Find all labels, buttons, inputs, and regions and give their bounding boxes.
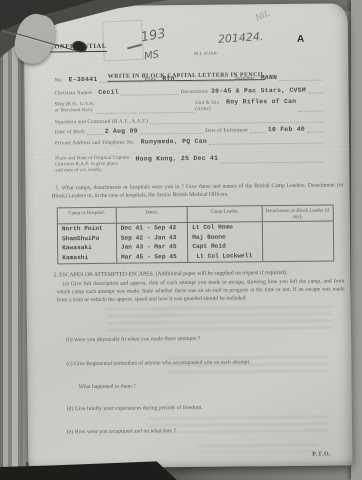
form-page: CONFIDENTIAL 193 MS NIL M.I. 9/JAP/ 2014…: [24, 3, 353, 468]
ref-label-text: M.I. 9/JAP/: [194, 51, 218, 56]
surname-label: Surname: [235, 75, 255, 81]
faint-stamp-outline: [102, 20, 144, 62]
camps-header-camp: Camp or Hospital.: [58, 208, 116, 225]
camps-filler: [188, 260, 262, 262]
no-value: E-30441: [69, 76, 98, 83]
rank-label: Rank: [145, 76, 157, 82]
pencil-initials: MS: [143, 49, 159, 62]
pto-note: P.T.O.: [312, 452, 331, 458]
ship-label: Ship (R.N., U.S.N. or Merchant Navy: [55, 102, 95, 114]
ink-bleed-through: [107, 305, 332, 333]
date-of-birth-value: 2 Aug 09: [105, 128, 138, 135]
decorations-label: Decorations: [181, 89, 208, 95]
field-row-squadron: Squadron and Command (R.A.F., A.A.F.): [55, 117, 325, 126]
ink-bleed-through: [198, 444, 318, 453]
address-value: Runymede, PQ Can: [141, 138, 207, 146]
field-row-address: Private Address and Telephone No. Runyme…: [55, 137, 325, 147]
unit-value: Roy Rifles of Can: [226, 98, 296, 106]
reference-label: M.I. 9/JAP/: [194, 42, 218, 60]
pencil-nil-note: NIL: [254, 9, 271, 24]
field-row-number-rank-surname: No. E-30441 Rank Rfn Surname MANN: [54, 74, 324, 84]
date-of-birth-label: Date of Birth: [55, 129, 85, 135]
pencil-ref-number: 201424.: [218, 30, 264, 46]
camps-header-leader: Camp Leader.: [187, 206, 261, 223]
capture-value: Hong Kong, 25 Dec 41: [135, 155, 218, 163]
ink-bleed-through: [167, 356, 327, 378]
address-label: Private Address and Telephone No.: [55, 140, 135, 147]
capture-label: Place and Date of Original Capture (Airc…: [55, 156, 130, 175]
grade-letter: A: [297, 34, 304, 45]
christian-names-label: Christian Names: [54, 90, 92, 96]
surname-value: MANN: [261, 74, 278, 81]
enlistment-label: Date of Enlistment: [205, 127, 248, 133]
camps-table: Camp or Hospital. Dates. Camp Leader. De…: [57, 204, 335, 264]
question-1: 1. What camps, detachments or hospitals …: [51, 181, 343, 200]
book-binding-edge: [0, 0, 26, 480]
field-row-names-decorations: Christian Names Cecil Decorations 39-45 …: [54, 87, 324, 97]
unit-label-line2: (Army): [195, 107, 220, 113]
ship-label-line2: or Merchant Navy: [55, 108, 95, 114]
item-a: (a) Give full description and approx. da…: [56, 277, 344, 304]
camps-filler: [262, 259, 334, 261]
decorations-value: 39-45 & Pac Stars, CVSM: [211, 87, 306, 95]
field-row-capture: Place and Date of Original Capture (Airc…: [55, 154, 325, 175]
squadron-label: Squadron and Command (R.A.F., A.A.F.): [55, 118, 149, 125]
ink-bleed-through: [148, 416, 328, 434]
christian-names-value: Cecil: [98, 89, 119, 96]
camps-filler: [58, 262, 116, 264]
field-row-birth-enlistment: Date of Birth 2 Aug 09 Date of Enlistmen…: [55, 126, 325, 136]
pencil-number: 193: [140, 26, 167, 45]
enlistment-value: 10 Feb 40: [268, 126, 305, 133]
item-b: (b) Were you physically fit when you mad…: [66, 336, 200, 343]
no-label: No.: [54, 77, 62, 83]
capture-label-line3: and date of a/c crash).: [55, 168, 129, 175]
item-d: (d) Give briefly your experiences during…: [67, 405, 203, 412]
rank-value: Rfn: [162, 75, 174, 82]
photo-backdrop: CONFIDENTIAL 193 MS NIL M.I. 9/JAP/ 2014…: [0, 0, 362, 480]
camps-filler: [116, 261, 188, 263]
item-c-followup: What happened to them ?: [79, 384, 136, 391]
camps-header-dates: Dates.: [115, 207, 187, 224]
field-row-ship-unit: Ship (R.N., U.S.N. or Merchant Navy Unit…: [55, 98, 325, 115]
camps-header-detachment: Detachment or Block Leader (if any).: [261, 205, 333, 222]
unit-label: Unit & Div. (Army): [195, 101, 220, 113]
page-stack-edge: [351, 0, 362, 480]
